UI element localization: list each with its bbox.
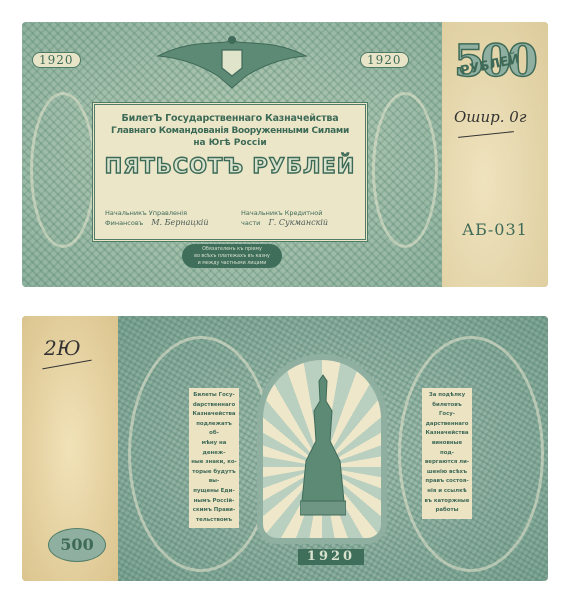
- header-line-3: на Югѣ Россіи: [95, 138, 365, 148]
- banknote-back: 2Ю 500 Билеты Госу- dарственнаго Казначе…: [22, 316, 548, 581]
- center-text-panel: БилетЪ Государственнаго Казначейства Гла…: [92, 102, 368, 242]
- ornament-left: [30, 92, 96, 248]
- legal-tender-plaque: Обязателенъ къ пріему во всѣхъ платежахъ…: [182, 244, 282, 268]
- double-headed-eagle-icon: [152, 32, 312, 92]
- ornament-right: [372, 92, 438, 248]
- signature-left: Начальникъ Управленія Финансовъ М. Берна…: [105, 209, 208, 228]
- back-handwriting: 2Ю: [44, 336, 81, 360]
- left-text-panel: Билеты Госу- dарственнаго Казначейства п…: [189, 388, 239, 528]
- header-line-1: БилетЪ Государственнаго Казначейства: [95, 113, 365, 124]
- signature-left-name: М. Бернацкій: [151, 218, 208, 227]
- front-print-area: 1920 1920 БилетЪ Государственнаго Казнач…: [22, 22, 442, 287]
- year-plate: 1920: [298, 549, 364, 565]
- signature-right: Начальникъ Кредитной части Г. Сукманскій: [241, 209, 328, 228]
- corner-numeral-oval: 500: [48, 528, 106, 562]
- right-text-panel: За подѣлку билетовъ Госу- дарственнаго К…: [422, 388, 472, 519]
- denomination-text: ПЯТЬСОТЪ РУБЛЕЙ: [95, 154, 365, 178]
- margin-handwriting: Ошир. 0г: [454, 108, 526, 126]
- banknote-front: 1920 1920 БилетЪ Государственнаго Казнач…: [22, 22, 548, 287]
- signature-right-name: Г. Сукманскій: [269, 218, 329, 227]
- year-tag-right: 1920: [360, 52, 409, 68]
- header-line-2: Главнаго Командованія Вооруженными Силам…: [95, 126, 365, 136]
- millennium-monument-icon: [300, 371, 346, 521]
- serial-number: АБ-031: [462, 220, 528, 239]
- year-tag-left: 1920: [32, 52, 81, 68]
